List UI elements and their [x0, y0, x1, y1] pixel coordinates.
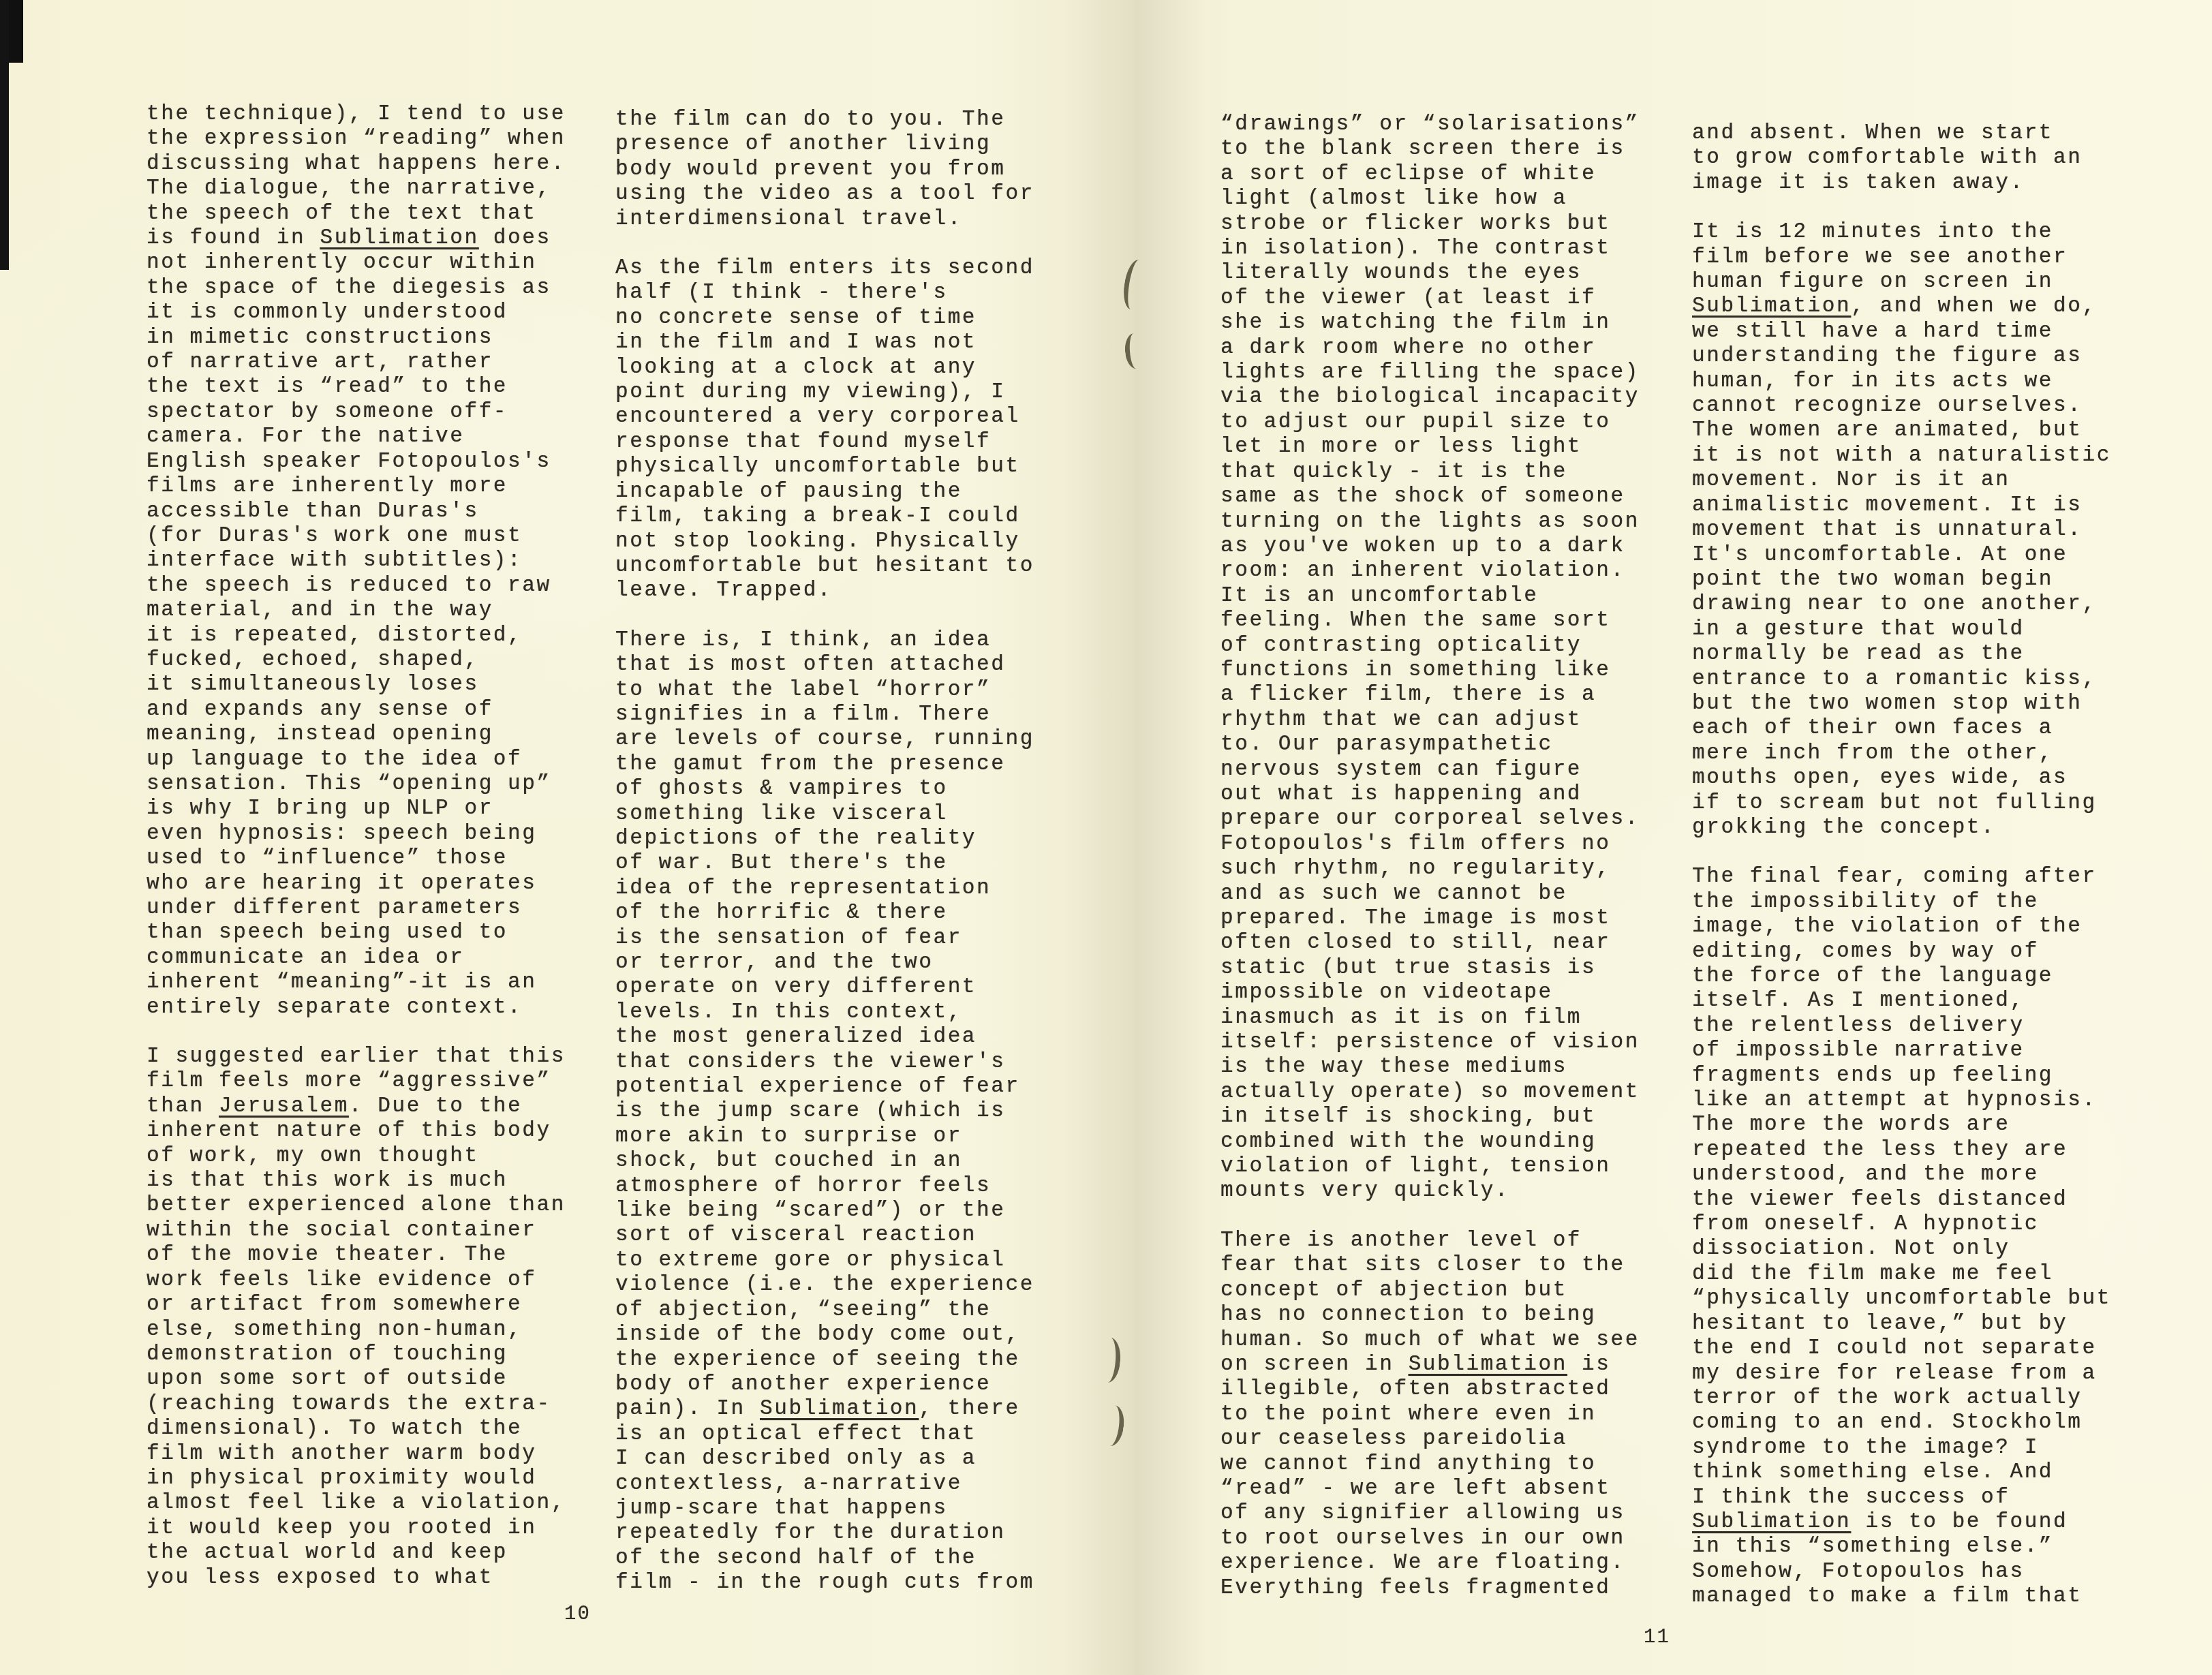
staple-mark-bottom-1	[1096, 1337, 1122, 1383]
left-page-column-2: the film can do to you. The presence of …	[615, 108, 1086, 1620]
right-page-column-1: “drawings” or “solarisations” to the bla…	[1220, 112, 1691, 1625]
paragraph: There is another level of fear that sits…	[1220, 1229, 1691, 1601]
underlined-film-title: Sublimation	[1692, 1510, 1851, 1534]
zine-spread-scan: the technique), I tend to use the expres…	[0, 0, 2212, 1675]
paragraph: As the film enters its second half (I th…	[615, 256, 1086, 604]
left-page-number: 10	[564, 1603, 591, 1625]
paragraph: the film can do to you. The presence of …	[615, 108, 1086, 232]
staple-mark-top-2	[1124, 333, 1146, 369]
paragraph: There is, I think, an idea that is most …	[615, 628, 1086, 1596]
paragraph: “drawings” or “solarisations” to the bla…	[1220, 112, 1691, 1204]
staple-mark-top-1	[1120, 258, 1149, 311]
paragraph: and absent. When we start to grow comfor…	[1692, 121, 2162, 196]
underlined-film-title: Sublimation	[1409, 1353, 1567, 1377]
underlined-film-title: Sublimation	[320, 226, 478, 250]
underlined-film-title: Sublimation	[760, 1397, 919, 1421]
paragraph: It is 12 minutes into the film before we…	[1692, 220, 2162, 840]
scan-edge-strip	[0, 0, 9, 270]
paragraph: the technique), I tend to use the expres…	[147, 102, 617, 1020]
right-page-number: 11	[1644, 1626, 1670, 1648]
underlined-film-title: Jerusalem	[219, 1094, 349, 1118]
underlined-film-title: Sublimation	[1692, 294, 1851, 318]
left-page-column-1: the technique), I tend to use the expres…	[147, 102, 617, 1615]
paragraph: The final fear, coming after the impossi…	[1692, 865, 2162, 1609]
paragraph: I suggested earlier that this film feels…	[147, 1045, 617, 1591]
right-page-column-2: and absent. When we start to grow comfor…	[1692, 121, 2162, 1634]
staple-mark-bottom-2	[1099, 1404, 1126, 1447]
